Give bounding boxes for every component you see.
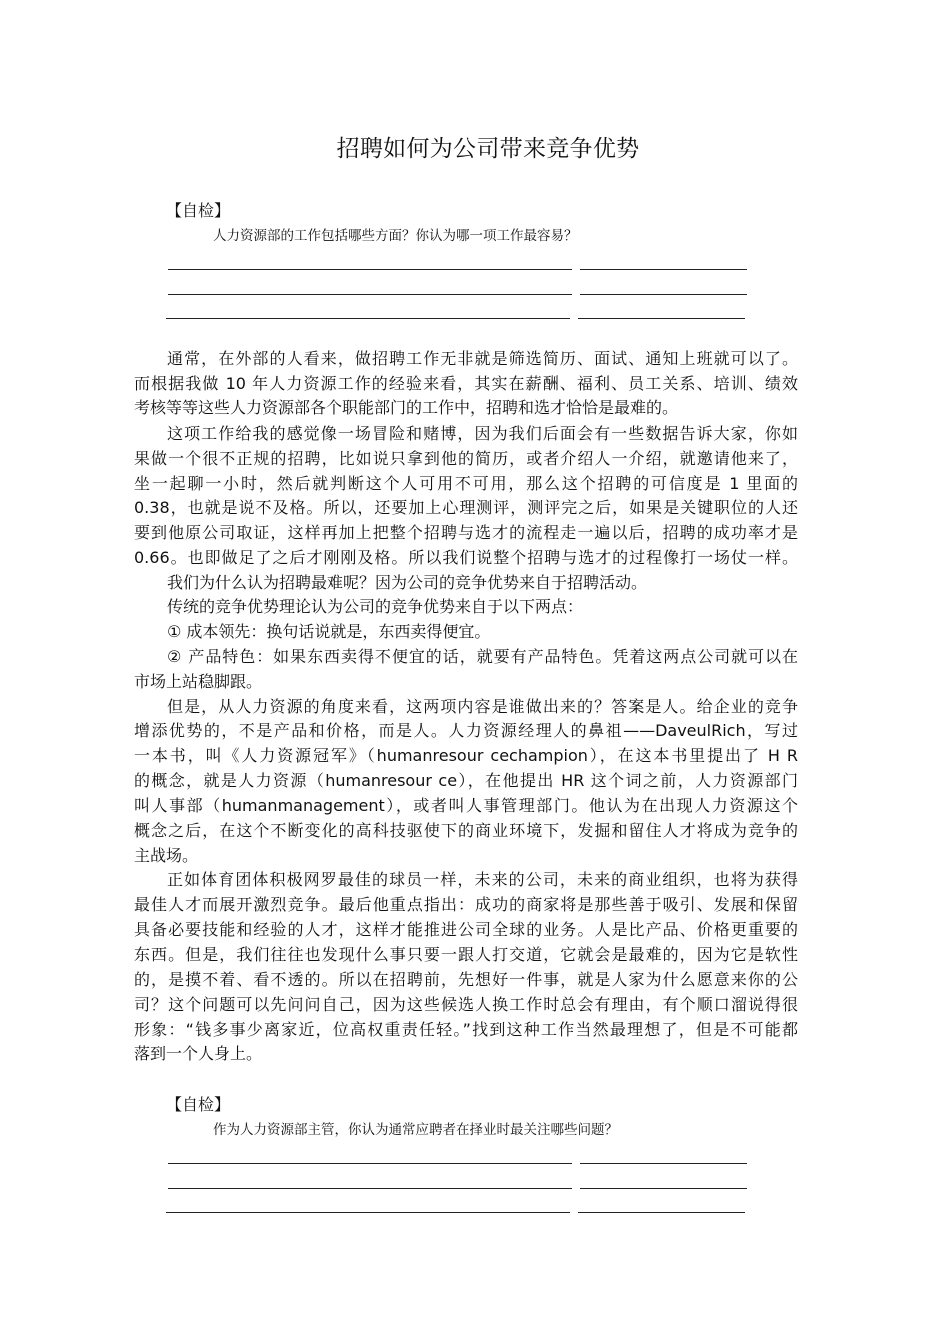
body-line: 东西。但是，我们往往也发现什么事只要一跟人打交道，它就会是最难的，因为它是软性 <box>134 943 798 967</box>
body-line: 概念之后，在这个不断变化的高科技驱使下的商业环境下，发掘和留住人才将成为竞争的 <box>134 819 798 843</box>
body-line: 通常，在外部的人看来，做招聘工作无非就是筛选简历、面试、通知上班就可以了。 <box>167 347 798 371</box>
body-line: 最佳人才而展开激烈竞争。最后他重点指出：成功的商家将是那些善于吸引、发展和保留 <box>134 893 798 917</box>
body-line: 0.38，也就是说不及格。所以，还要加上心理测评，测评完之后，如果是关键职位的人… <box>134 496 798 520</box>
body-line: 的概念，就是人力资源（humanresour ce），在他提出 HR 这个词之前… <box>134 769 798 793</box>
body-line: 司？这个问题可以先问问自己，因为这些候选人换工作时总会有理由，有个顺口溜说得很 <box>134 993 798 1017</box>
body-line: 考核等等这些人力资源部各个职能部门的工作中，招聘和选才恰恰是最难的。 <box>134 396 798 420</box>
answer-line[interactable] <box>168 1188 572 1189</box>
answer-line[interactable] <box>578 318 745 319</box>
body-line: 坐一起聊一小时，然后就判断这个人可用不可用，那么这个招聘的可信度是 1 里面的 <box>134 472 798 496</box>
answer-line[interactable] <box>578 1212 745 1213</box>
body-line: 传统的竞争优势理论认为公司的竞争优势来自于以下两点： <box>167 595 798 619</box>
answer-line[interactable] <box>166 318 570 319</box>
answer-line[interactable] <box>580 1163 747 1164</box>
body-line: 0.66。也即做足了之后才刚刚及格。所以我们说整个招聘与选才的过程像打一场仗一样… <box>134 546 798 570</box>
document-page: 招聘如何为公司带来竞争优势 【自检】 人力资源部的工作包括哪些方面？你认为哪一项… <box>0 0 950 1341</box>
body-line: 落到一个人身上。 <box>134 1042 798 1066</box>
body-line: 的，是摸不着、看不透的。所以在招聘前，先想好一件事，就是人家为什么愿意来你的公 <box>134 968 798 992</box>
list-item: ① 成本领先：换句话说就是，东西卖得便宜。 <box>167 620 798 644</box>
self-check-question: 人力资源部的工作包括哪些方面？你认为哪一项工作最容易？ <box>213 226 578 246</box>
body-line: 具备必要技能和经验的人才，这样才能推进公司全球的业务。人是比产品、价格更重要的 <box>134 918 798 942</box>
body-line: 我们为什么认为招聘最难呢？因为公司的竞争优势来自于招聘活动。 <box>167 571 798 595</box>
body-line: 叫人事部（humanmanagement），或者叫人事管理部门。他认为在出现人力… <box>134 794 798 818</box>
body-line: 形象：“钱多事少离家近，位高权重责任轻。”找到这种工作当然最理想了，但是不可能都 <box>134 1018 798 1042</box>
answer-line[interactable] <box>580 1188 747 1189</box>
document-title: 招聘如何为公司带来竞争优势 <box>0 131 950 167</box>
answer-line[interactable] <box>166 1212 570 1213</box>
body-line: 而根据我做 10 年人力资源工作的经验来看，其实在薪酬、福利、员工关系、培训、绩… <box>134 372 798 396</box>
answer-line[interactable] <box>168 1163 572 1164</box>
body-line: 市场上站稳脚跟。 <box>134 670 798 694</box>
body-line: 正如体育团体积极网罗最佳的球员一样，未来的公司，未来的商业组织，也将为获得 <box>167 868 798 892</box>
answer-line[interactable] <box>580 269 747 270</box>
answer-line[interactable] <box>168 269 572 270</box>
body-line: 一本书，叫《人力资源冠军》（humanresour cechampion），在这… <box>134 744 798 768</box>
self-check-question: 作为人力资源部主管，你认为通常应聘者在择业时最关注哪些问题？ <box>213 1120 618 1140</box>
body-line: 果做一个很不正规的招聘，比如说只拿到他的简历，或者介绍人一介绍，就邀请他来了， <box>134 447 798 471</box>
body-line: 增添优势的，不是产品和价格，而是人。人力资源经理人的鼻祖——DaveulRich… <box>134 719 798 743</box>
body-line: 要到他原公司取证，这样再加上把整个招聘与选才的流程走一遍以后，招聘的成功率才是 <box>134 521 798 545</box>
body-line: 但是，从人力资源的角度来看，这两项内容是谁做出来的？答案是人。给企业的竞争 <box>167 695 798 719</box>
answer-line[interactable] <box>580 294 747 295</box>
list-item: ② 产品特色：如果东西卖得不便宜的话，就要有产品特色。凭着这两点公司就可以在 <box>167 645 798 669</box>
body-line: 主战场。 <box>134 844 798 868</box>
answer-line[interactable] <box>168 294 572 295</box>
self-check-heading: 【自检】 <box>166 1094 230 1116</box>
body-line: 这项工作给我的感觉像一场冒险和赌博，因为我们后面会有一些数据告诉大家，你如 <box>167 422 798 446</box>
self-check-heading: 【自检】 <box>166 200 230 222</box>
